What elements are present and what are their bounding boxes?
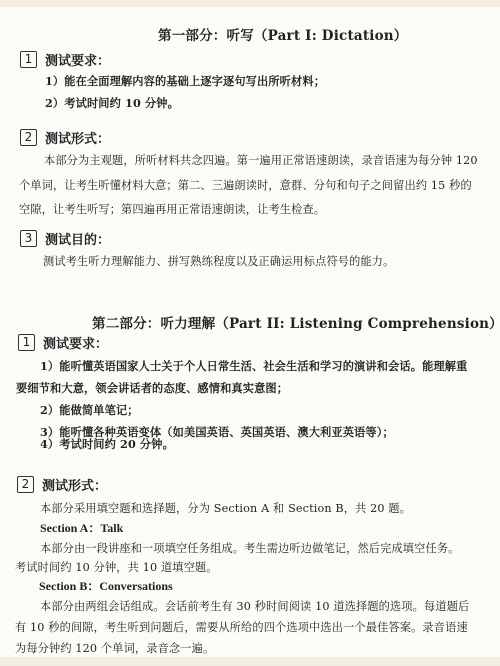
section-b-heading: Section B：Conversations [39,577,173,594]
section-number-box: 1 [20,51,37,68]
section-heading: 测试形式： [42,475,107,494]
requirement-line: 1）能在全面理解内容的基础上逐字逐句写出所听材料； [45,73,325,89]
requirement-line: 要细节和大意，领会讲话者的态度、感情和真实意图； [16,380,288,396]
paragraph-line: 有 10 秒的间隙，考生听到问题后，需要从所给的四个选项中选出一个最佳答案。录音… [15,619,468,635]
requirement-line: 4）考试时间约 20 分钟。 [40,436,174,452]
requirement-line: 2）能做简单笔记； [40,402,139,418]
section-a-heading: Section A：Talk [40,519,123,536]
section-number-box: 2 [20,129,37,146]
paragraph-line: 为每分钟约 120 个单词，录音念一遍。 [15,640,214,656]
section-number-box: 3 [20,230,37,247]
part1-title: 第一部分：听写（Part I: Dictation） [158,24,408,44]
part2-title: 第二部分：听力理解（Part II: Listening Comprehensi… [92,312,500,332]
paragraph-line: 个单词，让考生听懂材料大意；第二、三遍朗读时，意群、分句和句子之间留出约 15 … [19,177,472,193]
part1-section2-header: 2 测试形式： [20,128,110,147]
requirement-line: 2）考试时间约 10 分钟。 [45,95,179,111]
section-heading: 测试要求： [43,333,108,352]
section-heading: 测试形式： [45,128,110,147]
paragraph-line: 测试考生听力理解能力、拼写熟练程度以及正确运用标点符号的能力。 [43,253,394,269]
part1-section3-header: 3 测试目的： [20,229,110,248]
paragraph-line: 本部分由一段讲座和一项填空任务组成。考生需边听边做笔记，然后完成填空任务。 [40,540,460,556]
paragraph-line: 本部分为主观题，所听材料共念四遍。第一遍用正常语速朗读，录音语速为每分钟 120 [44,152,478,168]
part2-section1-header: 1 测试要求： [18,333,108,352]
paragraph-line: 本部分由两组会话组成。会话前考生有 30 秒时间阅读 10 道选择题的选项。每道… [40,598,469,614]
section-number-box: 2 [17,476,34,493]
paragraph-line: 考试时间约 10 分钟，共 10 道填空题。 [15,559,218,575]
section-heading: 测试要求： [45,50,110,69]
section-number-box: 1 [18,334,35,351]
requirement-line: 1）能听懂英语国家人士关于个人日常生活、社会生活和学习的演讲和会话。能理解重 [40,358,467,374]
paragraph-line: 空隙，让考生听写；第四遍再用正常语速朗读，让考生检查。 [19,201,325,217]
paragraph-line: 本部分采用填空题和选择题，分为 Section A 和 Section B，共 … [40,500,411,516]
section-heading: 测试目的： [45,229,110,248]
part2-section2-header: 2 测试形式： [17,475,107,494]
part1-section1-header: 1 测试要求： [20,50,110,69]
